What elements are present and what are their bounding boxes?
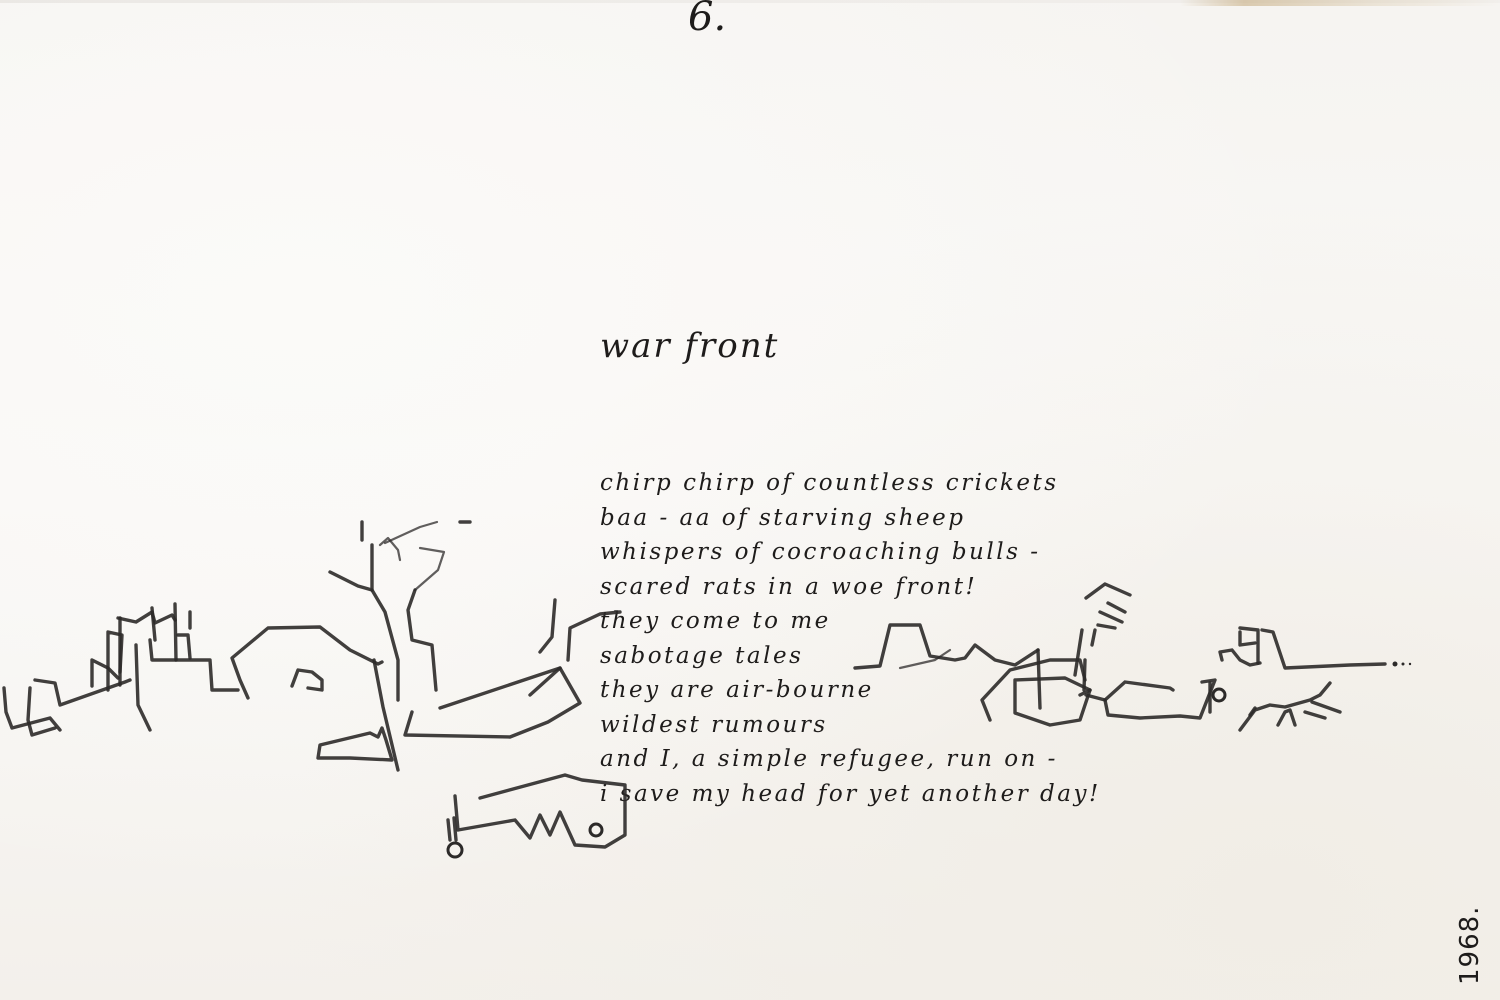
broken-house-sketch [232, 627, 398, 770]
left-ruin-sketch [4, 604, 238, 735]
ink-sketch-skyline [0, 0, 1500, 1000]
middle-skyline-sketch [855, 625, 1090, 725]
manuscript-page: 6. war front chirp chirp of countless cr… [0, 0, 1500, 1000]
cannon-sketch [448, 775, 625, 857]
signal-waves-sketch [1075, 584, 1130, 690]
right-building-sketch [1220, 628, 1411, 668]
fallen-figure-sketch [1240, 683, 1340, 730]
bare-tree-sketch [330, 522, 470, 700]
tank-sketch [1086, 680, 1225, 718]
fallen-slab-sketch [318, 600, 620, 760]
